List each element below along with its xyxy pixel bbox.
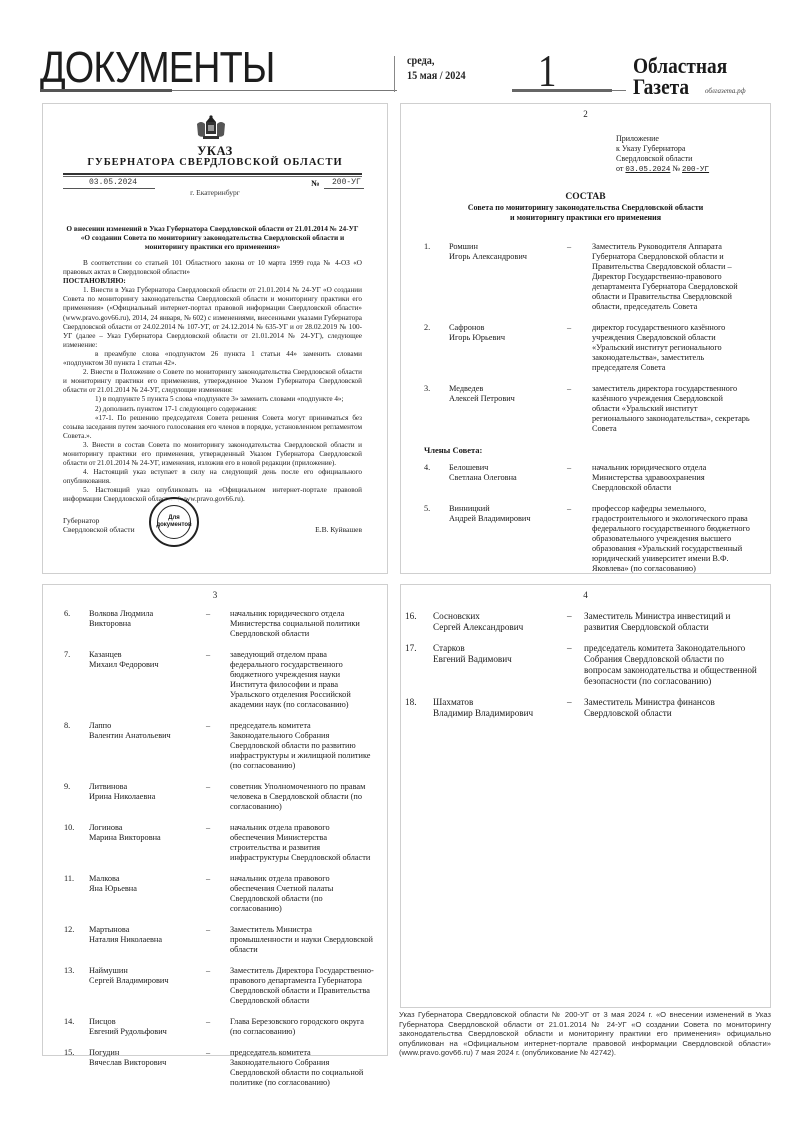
member-surname: Шахматов: [433, 697, 567, 708]
member-surname: Волкова Людмила: [89, 609, 206, 619]
member-number: 4.: [424, 463, 449, 493]
member-role: Глава Березовского городского округа (по…: [230, 1017, 375, 1037]
member-given-names: Владимир Владимирович: [433, 708, 567, 719]
decree-page-2: 2 Приложение к Указу Губернатора Свердло…: [400, 103, 771, 574]
member-role: Заместитель Министра финансов Свердловск…: [584, 697, 762, 719]
member-row: 3.МедведевАлексей Петрович–заместитель д…: [424, 384, 750, 434]
composition-subtitle-line2: и мониторингу практики его применения: [401, 213, 770, 223]
decree-paragraph: 2) дополнить пунктом 17-1 следующего сод…: [63, 405, 362, 414]
heading-rule-thin: [63, 176, 362, 177]
coat-of-arms-icon: [193, 114, 229, 144]
member-given-names: Викторовна: [89, 619, 206, 629]
member-name: ВинницкийАндрей Владимирович: [449, 504, 567, 574]
member-surname: Наймушин: [89, 966, 206, 976]
member-dash: –: [567, 384, 592, 434]
member-surname: Сосновских: [433, 611, 567, 622]
member-surname: Литвинова: [89, 782, 206, 792]
member-number: 13.: [64, 966, 89, 1006]
member-given-names: Алексей Петрович: [449, 394, 567, 404]
member-number: 1.: [424, 242, 449, 312]
member-role: советник Уполномоченного по правам челов…: [230, 782, 375, 812]
member-surname: Старков: [433, 643, 567, 654]
issue-date: среда, 15 мая / 2024: [407, 53, 466, 83]
decree-paragraph: 1. Внести в Указ Губернатора Свердловско…: [63, 286, 362, 350]
member-number: 9.: [64, 782, 89, 812]
member-row: 1.РомшинИгорь Александрович–Заместитель …: [424, 242, 750, 312]
member-row: 18.ШахматовВладимир Владимирович–Замести…: [405, 697, 762, 719]
member-surname: Лаппо: [89, 721, 206, 731]
member-role: заведующий отделом права федерального го…: [230, 650, 375, 710]
member-row: 5.ВинницкийАндрей Владимирович–профессор…: [424, 504, 750, 574]
decree-title: О внесении изменений в Указ Губернатора …: [63, 224, 362, 251]
annex-from-label: от: [616, 164, 623, 173]
composition-subtitle: Совета по мониторингу законодательства С…: [401, 203, 770, 223]
member-name: МедведевАлексей Петрович: [449, 384, 567, 434]
decree-paragraph: 5. Настоящий указ опубликовать на «Офици…: [63, 486, 362, 504]
decree-paragraph: 1) в подпункте 5 пункта 5 слова «подпунк…: [63, 395, 362, 404]
member-given-names: Евгений Рудольфович: [89, 1027, 206, 1037]
annex-number-label: №: [672, 164, 680, 173]
member-row: 12.МартыноваНаталия Николаевна–Заместите…: [64, 925, 375, 955]
section-title-underline: [40, 89, 172, 92]
decree-paragraph: в преамбуле слова «подпунктом 26 пункта …: [63, 350, 362, 368]
member-given-names: Светлана Олеговна: [449, 473, 567, 483]
member-row: 14.ПисцовЕвгений Рудольфович–Глава Берез…: [64, 1017, 375, 1037]
council-leaders-list: 1.РомшинИгорь Александрович–Заместитель …: [424, 242, 750, 585]
member-number: 2.: [424, 323, 449, 373]
members-heading: Члены Совета:: [424, 445, 750, 455]
member-dash: –: [567, 504, 592, 574]
member-number: 6.: [64, 609, 89, 639]
member-dash: –: [206, 1017, 230, 1037]
member-dash: –: [567, 697, 584, 719]
composition-subtitle-line1: Совета по мониторингу законодательства С…: [401, 203, 770, 213]
member-name: ПогудинВячеслав Викторович: [89, 1048, 206, 1088]
member-row: 9.ЛитвиноваИрина Николаевна–советник Упо…: [64, 782, 375, 812]
member-given-names: Вячеслав Викторович: [89, 1058, 206, 1068]
member-name: СтарковЕвгений Вадимович: [433, 643, 567, 687]
member-role: начальник юридического отдела Министерст…: [230, 609, 375, 639]
member-surname: Писцов: [89, 1017, 206, 1027]
member-number: 18.: [405, 697, 433, 719]
member-number: 14.: [64, 1017, 89, 1037]
member-role: заместитель директора государственного к…: [592, 384, 750, 434]
masthead-rule-right: [612, 90, 626, 91]
member-role: Заместитель Руководителя Аппарата Губерн…: [592, 242, 750, 312]
decree-page-3: 3 6.Волкова ЛюдмилаВикторовна–начальник …: [42, 584, 388, 1056]
stamp-text-line2: документов: [156, 522, 191, 529]
issue-weekday: среда,: [407, 53, 466, 68]
member-role: Заместитель Министра инвестиций и развит…: [584, 611, 762, 633]
publication-footnote: Указ Губернатора Свердловской области № …: [399, 1010, 771, 1058]
decree-paragraph: «17-1. По решению председателя Совета ре…: [63, 414, 362, 441]
member-given-names: Игорь Юрьевич: [449, 333, 567, 343]
member-number: 17.: [405, 643, 433, 687]
member-row: 6.Волкова ЛюдмилаВикторовна–начальник юр…: [64, 609, 375, 639]
council-members-list-page3: 6.Волкова ЛюдмилаВикторовна–начальник юр…: [64, 609, 375, 1099]
decree-paragraph: В соответствии со статьей 101 Областного…: [63, 259, 362, 277]
member-dash: –: [206, 874, 230, 914]
member-surname: Белошевич: [449, 463, 567, 473]
member-number: 11.: [64, 874, 89, 914]
member-surname: Логинова: [89, 823, 206, 833]
member-row: 10.ЛогиноваМарина Викторовна–начальник о…: [64, 823, 375, 863]
member-role: председатель комитета Законодательного С…: [584, 643, 762, 687]
member-surname: Погудин: [89, 1048, 206, 1058]
member-dash: –: [206, 721, 230, 771]
decree-paragraph: 4. Настоящий указ вступает в силу на сле…: [63, 468, 362, 486]
member-dash: –: [206, 650, 230, 710]
member-given-names: Михаил Федорович: [89, 660, 206, 670]
member-given-names: Валентин Анатольевич: [89, 731, 206, 741]
member-name: ЛитвиноваИрина Николаевна: [89, 782, 206, 812]
annex-number: 200-УГ: [682, 166, 709, 174]
member-name: БелошевичСветлана Олеговна: [449, 463, 567, 493]
member-name: СафроновИгорь Юрьевич: [449, 323, 567, 373]
signatory-name: Е.В. Куйвашев: [315, 525, 362, 534]
member-given-names: Марина Викторовна: [89, 833, 206, 843]
member-name: Волкова ЛюдмилаВикторовна: [89, 609, 206, 639]
member-number: 12.: [64, 925, 89, 955]
member-row: 7.КазанцевМихаил Федорович–заведующий от…: [64, 650, 375, 710]
member-row: 2.СафроновИгорь Юрьевич–директор государ…: [424, 323, 750, 373]
member-number: 7.: [64, 650, 89, 710]
member-name: РомшинИгорь Александрович: [449, 242, 567, 312]
annex-line2: к Указу Губернатора: [616, 144, 709, 154]
decree-resolution-word: ПОСТАНОВЛЯЮ:: [63, 277, 362, 286]
member-role: председатель комитета Законодательного С…: [230, 1048, 375, 1088]
newspaper-url: облгазета.рф: [705, 87, 746, 95]
page-2-number: 2: [401, 109, 770, 119]
signatory-title-line1: Губернатор: [63, 516, 135, 525]
annex-date: 03.05.2024: [625, 166, 670, 174]
member-row: 4.БелошевичСветлана Олеговна–начальник ю…: [424, 463, 750, 493]
member-name: ШахматовВладимир Владимирович: [433, 697, 567, 719]
official-stamp: Для документов: [149, 497, 199, 547]
decree-page-1: УКАЗ ГУБЕРНАТОРА СВЕРДЛОВСКОЙ ОБЛАСТИ 03…: [42, 103, 388, 574]
member-dash: –: [206, 782, 230, 812]
signatory-title: Губернатор Свердловской области: [63, 516, 135, 534]
masthead-rule: [172, 90, 397, 91]
member-given-names: Евгений Вадимович: [433, 654, 567, 665]
member-dash: –: [567, 323, 592, 373]
member-role: начальник отдела правового обеспечения С…: [230, 874, 375, 914]
stamp-text-line1: Для: [156, 515, 191, 522]
member-role: Заместитель Министра промышленности и на…: [230, 925, 375, 955]
member-number: 10.: [64, 823, 89, 863]
member-given-names: Наталия Николаевна: [89, 935, 206, 945]
member-number: 3.: [424, 384, 449, 434]
member-dash: –: [206, 823, 230, 863]
member-role: Заместитель Директора Государственно-пра…: [230, 966, 375, 1006]
page-number-underline: [512, 89, 612, 92]
decree-paragraph: 3. Внести в состав Совета по мониторингу…: [63, 441, 362, 468]
member-dash: –: [567, 242, 592, 312]
composition-title: СОСТАВ: [401, 192, 770, 202]
decree-city: г. Екатеринбург: [43, 188, 387, 197]
member-surname: Ромшин: [449, 242, 567, 252]
member-row: 8.ЛаппоВалентин Анатольевич–председатель…: [64, 721, 375, 771]
decree-issuer: ГУБЕРНАТОРА СВЕРДЛОВСКОЙ ОБЛАСТИ: [43, 157, 387, 168]
member-name: МартыноваНаталия Николаевна: [89, 925, 206, 955]
member-row: 17.СтарковЕвгений Вадимович–председатель…: [405, 643, 762, 687]
member-row: 13.НаймушинСергей Владимирович–Заместите…: [64, 966, 375, 1006]
member-row: 16.СосновскихСергей Александрович–Замест…: [405, 611, 762, 633]
stamp-center: Для документов: [157, 505, 191, 539]
decree-number: 200-УГ: [332, 178, 361, 187]
council-members-list-page4: 16.СосновскихСергей Александрович–Замест…: [405, 611, 762, 729]
member-given-names: Андрей Владимирович: [449, 514, 567, 524]
member-given-names: Игорь Александрович: [449, 252, 567, 262]
annex-line1: Приложение: [616, 134, 709, 144]
member-role: председатель комитета Законодательного С…: [230, 721, 375, 771]
member-number: 16.: [405, 611, 433, 633]
member-number: 15.: [64, 1048, 89, 1088]
page-number: 1: [538, 48, 556, 94]
masthead-divider: [394, 56, 395, 92]
member-dash: –: [567, 611, 584, 633]
decree-number-label: №: [311, 178, 320, 188]
decree-page-4: 4 16.СосновскихСергей Александрович–Заме…: [400, 584, 771, 1008]
member-given-names: Яна Юрьевна: [89, 884, 206, 894]
member-given-names: Сергей Александрович: [433, 622, 567, 633]
member-role: начальник отдела правового обеспечения М…: [230, 823, 375, 863]
annex-line3: Свердловской области: [616, 154, 709, 164]
decree-date: 03.05.2024: [89, 178, 137, 187]
member-dash: –: [206, 1048, 230, 1088]
masthead: ДОКУМЕНТЫ среда, 15 мая / 2024 1 Областн…: [0, 0, 800, 100]
member-row: 15.ПогудинВячеслав Викторович–председате…: [64, 1048, 375, 1088]
member-surname: Казанцев: [89, 650, 206, 660]
member-given-names: Сергей Владимирович: [89, 976, 206, 986]
member-row: 11.МалковаЯна Юрьевна–начальник отдела п…: [64, 874, 375, 914]
annex-line4: от 03.05.2024 № 200-УГ: [616, 164, 709, 175]
member-dash: –: [567, 643, 584, 687]
member-dash: –: [206, 925, 230, 955]
decree-paragraph: 2. Внести в Положение о Совете по монито…: [63, 368, 362, 395]
decree-body: В соответствии со статьей 101 Областного…: [63, 259, 362, 505]
annex-reference: Приложение к Указу Губернатора Свердловс…: [616, 134, 709, 175]
member-surname: Медведев: [449, 384, 567, 394]
member-number: 5.: [424, 504, 449, 574]
member-name: КазанцевМихаил Федорович: [89, 650, 206, 710]
member-surname: Винницкий: [449, 504, 567, 514]
page-3-number: 3: [43, 590, 387, 600]
member-surname: Малкова: [89, 874, 206, 884]
section-title: ДОКУМЕНТЫ: [40, 46, 275, 90]
member-role: профессор кафедры земельного, градострои…: [592, 504, 750, 574]
member-surname: Мартынова: [89, 925, 206, 935]
member-dash: –: [567, 463, 592, 493]
member-name: СосновскихСергей Александрович: [433, 611, 567, 633]
member-dash: –: [206, 609, 230, 639]
member-number: 8.: [64, 721, 89, 771]
member-role: директор государственного казённого учре…: [592, 323, 750, 373]
heading-rule: [63, 173, 362, 175]
page-4-number: 4: [401, 590, 770, 600]
issue-date-value: 15 мая / 2024: [407, 68, 466, 83]
member-name: МалковаЯна Юрьевна: [89, 874, 206, 914]
member-dash: –: [206, 966, 230, 1006]
member-given-names: Ирина Николаевна: [89, 792, 206, 802]
member-name: ЛогиноваМарина Викторовна: [89, 823, 206, 863]
newspaper-logo-line2: Газета: [633, 76, 689, 98]
member-surname: Сафронов: [449, 323, 567, 333]
member-role: начальник юридического отдела Министерст…: [592, 463, 750, 493]
member-name: ЛаппоВалентин Анатольевич: [89, 721, 206, 771]
member-name: НаймушинСергей Владимирович: [89, 966, 206, 1006]
signatory-title-line2: Свердловской области: [63, 525, 135, 534]
member-name: ПисцовЕвгений Рудольфович: [89, 1017, 206, 1037]
